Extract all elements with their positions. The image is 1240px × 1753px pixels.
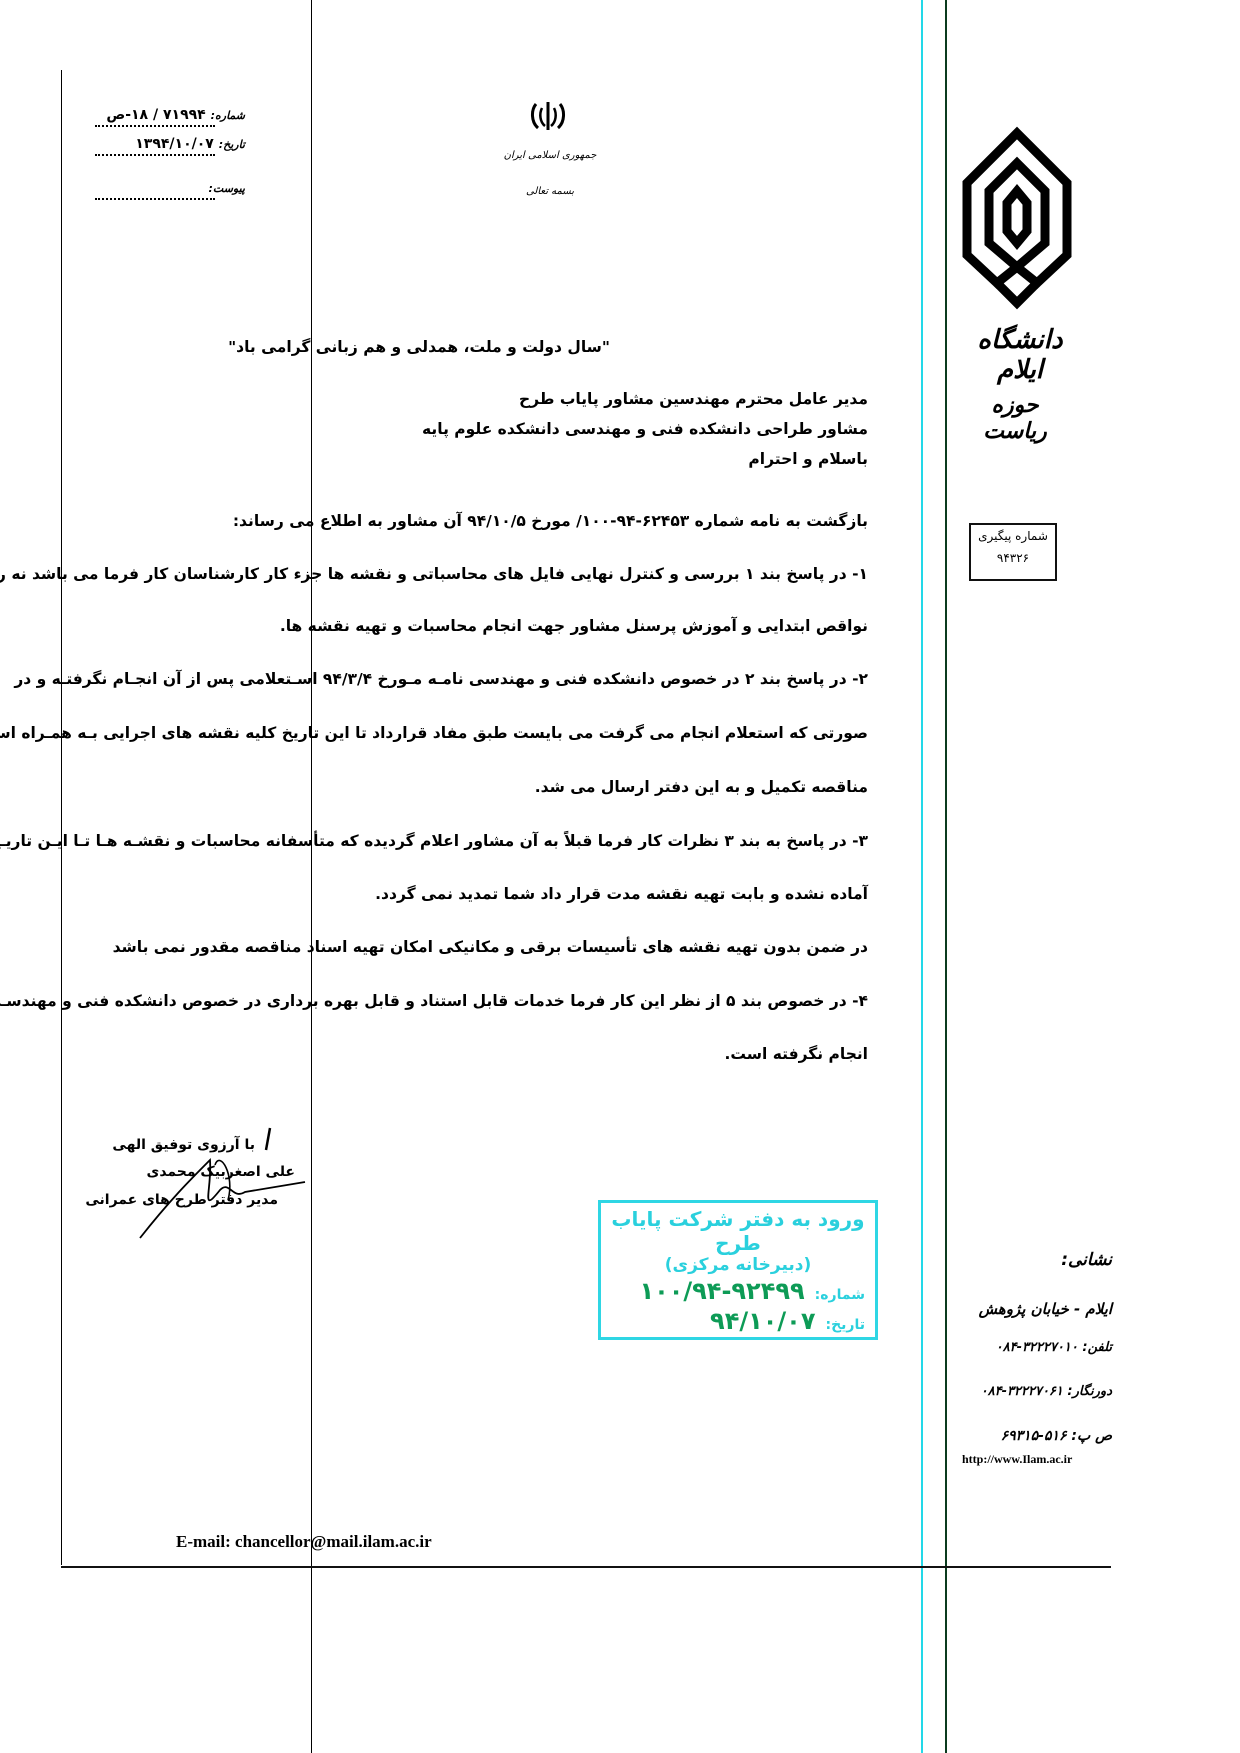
stamp-title: ورود به دفتر شرکت پایاب طرح xyxy=(601,1207,875,1255)
year-slogan: "سال دولت و ملت، همدلی و هم زبانی گرامی … xyxy=(310,338,610,356)
emblem-caption: جمهوری اسلامی ایران xyxy=(490,150,610,161)
body-line: ۴- در خصوص بند ۵ از نظر این کار فرما خدم… xyxy=(95,992,868,1010)
university-logo-icon xyxy=(955,125,1080,310)
stamp-date-value: ۹۴/۱۰/۰۷ xyxy=(710,1307,815,1335)
letter-date-value: ۱۳۹۴/۱۰/۰۷ xyxy=(135,136,214,152)
body-line: صورتی که استعلام انجام می گرفت می بایست … xyxy=(95,724,868,742)
body-line: مناقصه تکمیل و به این دفتر ارسال می شد. xyxy=(535,778,868,796)
body-line: آماده نشده و بابت تهیه نقشه مدت قرار داد… xyxy=(375,885,868,903)
body-intro: بازگشت به نامه شماره ۶۲۴۵۳-۹۴-۱۰۰/ مورخ … xyxy=(233,512,868,530)
iran-emblem-icon xyxy=(530,100,566,132)
body-line: انجام نگرفته است. xyxy=(725,1045,868,1063)
address-location: ایلام - خیابان پژوهش xyxy=(979,1300,1112,1318)
receipt-stamp: ورود به دفتر شرکت پایاب طرح (دبیرخانه مر… xyxy=(598,1200,878,1340)
body-line: نواقص ابتدایی و آموزش پرسنل مشاور جهت ان… xyxy=(280,617,868,635)
university-website-link[interactable]: http://www.Ilam.ac.ir xyxy=(962,1452,1072,1467)
address-phone: تلفن: ۳۲۲۲۷۰۱۰-۰۸۴ xyxy=(996,1340,1112,1355)
addressee-line: مشاور طراحی دانشکده فنی و مهندسی دانشکده… xyxy=(422,420,868,438)
footer-email[interactable]: E-mail: chancellor@mail.ilam.ac.ir xyxy=(176,1532,432,1552)
address-label: نشانی: xyxy=(1061,1250,1112,1270)
address-fax: دورنگار: ۳۲۲۲۷۰۶۱-۰۸۴ xyxy=(981,1384,1112,1399)
addressee-line: مدیر عامل محترم مهندسین مشاور پایاب طرح xyxy=(519,390,868,408)
letter-number-value: ۷۱۹۹۴ / ۱۸-ص xyxy=(106,107,205,123)
left-margin-line xyxy=(61,70,62,1565)
footer-rule xyxy=(61,1566,1111,1568)
scan-artifact-line xyxy=(311,0,312,1753)
body-line: ۱- در پاسخ بند ۱ بررسی و کنترل نهایی فای… xyxy=(95,565,868,583)
body-line: ۲- در پاسخ بند ۲ در خصوص دانشکده فنی و م… xyxy=(95,670,868,688)
green-scan-line xyxy=(945,0,947,1753)
tracking-value: ۹۴۳۲۶ xyxy=(971,547,1055,569)
bismillah: بسمه تعالی xyxy=(520,186,580,197)
letter-number: شماره: ۷۱۹۹۴ / ۱۸-ص xyxy=(95,107,245,123)
letter-date: تاریخ: ۱۳۹۴/۱۰/۰۷ xyxy=(95,136,245,152)
letter-attachment: پیوست: xyxy=(95,180,245,196)
stamp-date-label: تاریخ: xyxy=(825,1317,865,1333)
cyan-scan-line xyxy=(921,0,923,1753)
tracking-number-box: شماره پیگیری ۹۴۳۲۶ xyxy=(969,523,1057,581)
stamp-subtitle: (دبیرخانه مرکزی) xyxy=(601,1255,875,1275)
stamp-number-label: شماره: xyxy=(815,1287,865,1303)
university-department: حوزه ریاست xyxy=(965,392,1065,444)
stamp-number-value: ۱۰۰/۹۴-۹۲۴۹۹ xyxy=(639,1277,804,1305)
greeting: باسلام و احترام xyxy=(748,450,868,468)
university-name: دانشگاه ایلام xyxy=(960,325,1080,385)
address-po-box: ص پ: ۵۱۶-۶۹۳۱۵ xyxy=(1001,1428,1112,1444)
body-line: در ضمن بدون تهیه نقشه های تأسیسات برقی و… xyxy=(113,938,868,956)
body-line: ۳- در پاسخ به بند ۳ نظرات کار فرما قبلاً… xyxy=(95,832,868,850)
handwritten-signature-icon xyxy=(120,1120,310,1250)
tracking-label: شماره پیگیری xyxy=(971,525,1055,547)
